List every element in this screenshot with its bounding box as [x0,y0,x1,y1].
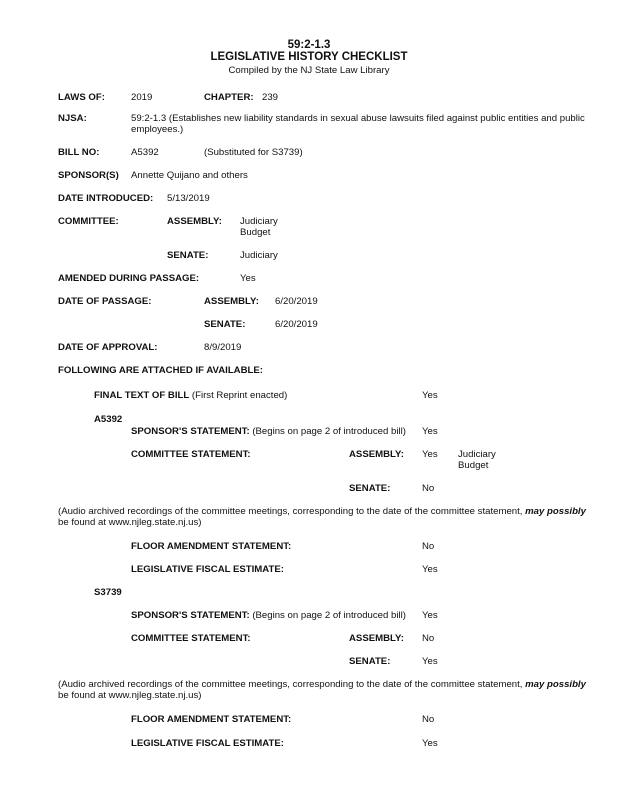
njsa-label: NJSA: [58,113,87,124]
s3739-cs-senate-value: Yes [422,656,438,667]
date-of-approval-value: 8/9/2019 [204,342,241,353]
a5392-cs-assembly-value: Yes [422,449,438,460]
a5392-cs-senate-value: No [422,483,434,494]
laws-of-label: LAWS OF: [58,92,105,103]
s3739-cs-senate-label: SENATE: [349,656,390,667]
date-of-approval-label: DATE OF APPROVAL: [58,342,158,353]
a5392-floor-amendment-value: No [422,541,434,552]
a5392-fiscal-estimate-value: Yes [422,564,438,575]
committee-assembly-value-1: Judiciary [240,216,278,227]
committee-senate-label: SENATE: [167,250,208,261]
a5392-floor-amendment-label: FLOOR AMENDMENT STATEMENT: [131,541,291,552]
audio-note-link-text: be found at www.njleg.state.nj.us) [58,517,201,528]
citation-heading: 59:2-1.3 [0,40,618,51]
audio-note-emphasis: may possibly [525,679,586,690]
s3739-cs-assembly-value: No [422,633,434,644]
bill-no-value: A5392 [131,147,159,158]
njsa-value: 59:2-1.3 (Establishes new liability stan… [131,113,601,135]
s3739-sponsor-statement: SPONSOR'S STATEMENT: (Begins on page 2 o… [131,610,406,621]
a5392-cs-assembly-label: ASSEMBLY: [349,449,404,460]
s3739-fiscal-estimate-value: Yes [422,738,438,749]
page-subtitle: Compiled by the NJ State Law Library [0,65,618,76]
chapter-value: 239 [262,92,278,103]
passage-assembly-value: 6/20/2019 [275,296,318,307]
bill-no-label: BILL NO: [58,147,99,158]
final-text-label: FINAL TEXT OF BILL [94,390,189,401]
sponsors-label: SPONSOR(S) [58,170,119,181]
amended-value: Yes [240,273,256,284]
sponsor-statement-label: SPONSOR'S STATEMENT: [131,426,250,437]
audio-note-link-text: be found at www.njleg.state.nj.us) [58,690,201,701]
page-title: LEGISLATIVE HISTORY CHECKLIST [0,52,618,63]
attached-heading: FOLLOWING ARE ATTACHED IF AVAILABLE: [58,365,263,376]
bill-id-s3739: S3739 [94,587,122,598]
final-text-value: Yes [422,390,438,401]
sponsor-statement-note: (Begins on page 2 of introduced bill) [252,426,406,437]
sponsor-statement-note: (Begins on page 2 of introduced bill) [252,610,406,621]
chapter-label: CHAPTER: [204,92,254,103]
s3739-sponsor-statement-value: Yes [422,610,438,621]
s3739-cs-assembly-label: ASSEMBLY: [349,633,404,644]
bill-no-note: (Substituted for S3739) [204,147,303,158]
sponsors-value: Annette Quijano and others [131,170,248,181]
a5392-committee-statement-label: COMMITTEE STATEMENT: [131,449,251,460]
laws-of-value: 2019 [131,92,152,103]
final-text-row: FINAL TEXT OF BILL (First Reprint enacte… [94,390,287,401]
s3739-floor-amendment-label: FLOOR AMENDMENT STATEMENT: [131,714,291,725]
committee-senate-value: Judiciary [240,250,278,261]
a5392-sponsor-statement-value: Yes [422,426,438,437]
sponsor-statement-label: SPONSOR'S STATEMENT: [131,610,250,621]
date-introduced-value: 5/13/2019 [167,193,210,204]
date-introduced-label: DATE INTRODUCED: [58,193,153,204]
a5392-fiscal-estimate-label: LEGISLATIVE FISCAL ESTIMATE: [131,564,284,575]
passage-senate-label: SENATE: [204,319,245,330]
bill-id-a5392: A5392 [94,414,122,425]
audio-note-text: (Audio archived recordings of the commit… [58,506,525,517]
s3739-committee-statement-label: COMMITTEE STATEMENT: [131,633,251,644]
a5392-sponsor-statement: SPONSOR'S STATEMENT: (Begins on page 2 o… [131,426,406,437]
passage-assembly-label: ASSEMBLY: [204,296,259,307]
date-of-passage-label: DATE OF PASSAGE: [58,296,151,307]
audio-note-text: (Audio archived recordings of the commit… [58,679,525,690]
a5392-cs-senate-label: SENATE: [349,483,390,494]
committee-assembly-label: ASSEMBLY: [167,216,222,227]
a5392-cs-committee-2: Budget [458,460,488,471]
final-text-note: (First Reprint enacted) [192,390,287,401]
s3739-fiscal-estimate-label: LEGISLATIVE FISCAL ESTIMATE: [131,738,284,749]
passage-senate-value: 6/20/2019 [275,319,318,330]
committee-assembly-value-2: Budget [240,227,270,238]
a5392-audio-note: (Audio archived recordings of the commit… [58,506,603,528]
s3739-floor-amendment-value: No [422,714,434,725]
amended-label: AMENDED DURING PASSAGE: [58,273,199,284]
committee-label: COMMITTEE: [58,216,119,227]
audio-note-emphasis: may possibly [525,506,586,517]
s3739-audio-note: (Audio archived recordings of the commit… [58,679,603,701]
a5392-cs-committee-1: Judiciary [458,449,496,460]
